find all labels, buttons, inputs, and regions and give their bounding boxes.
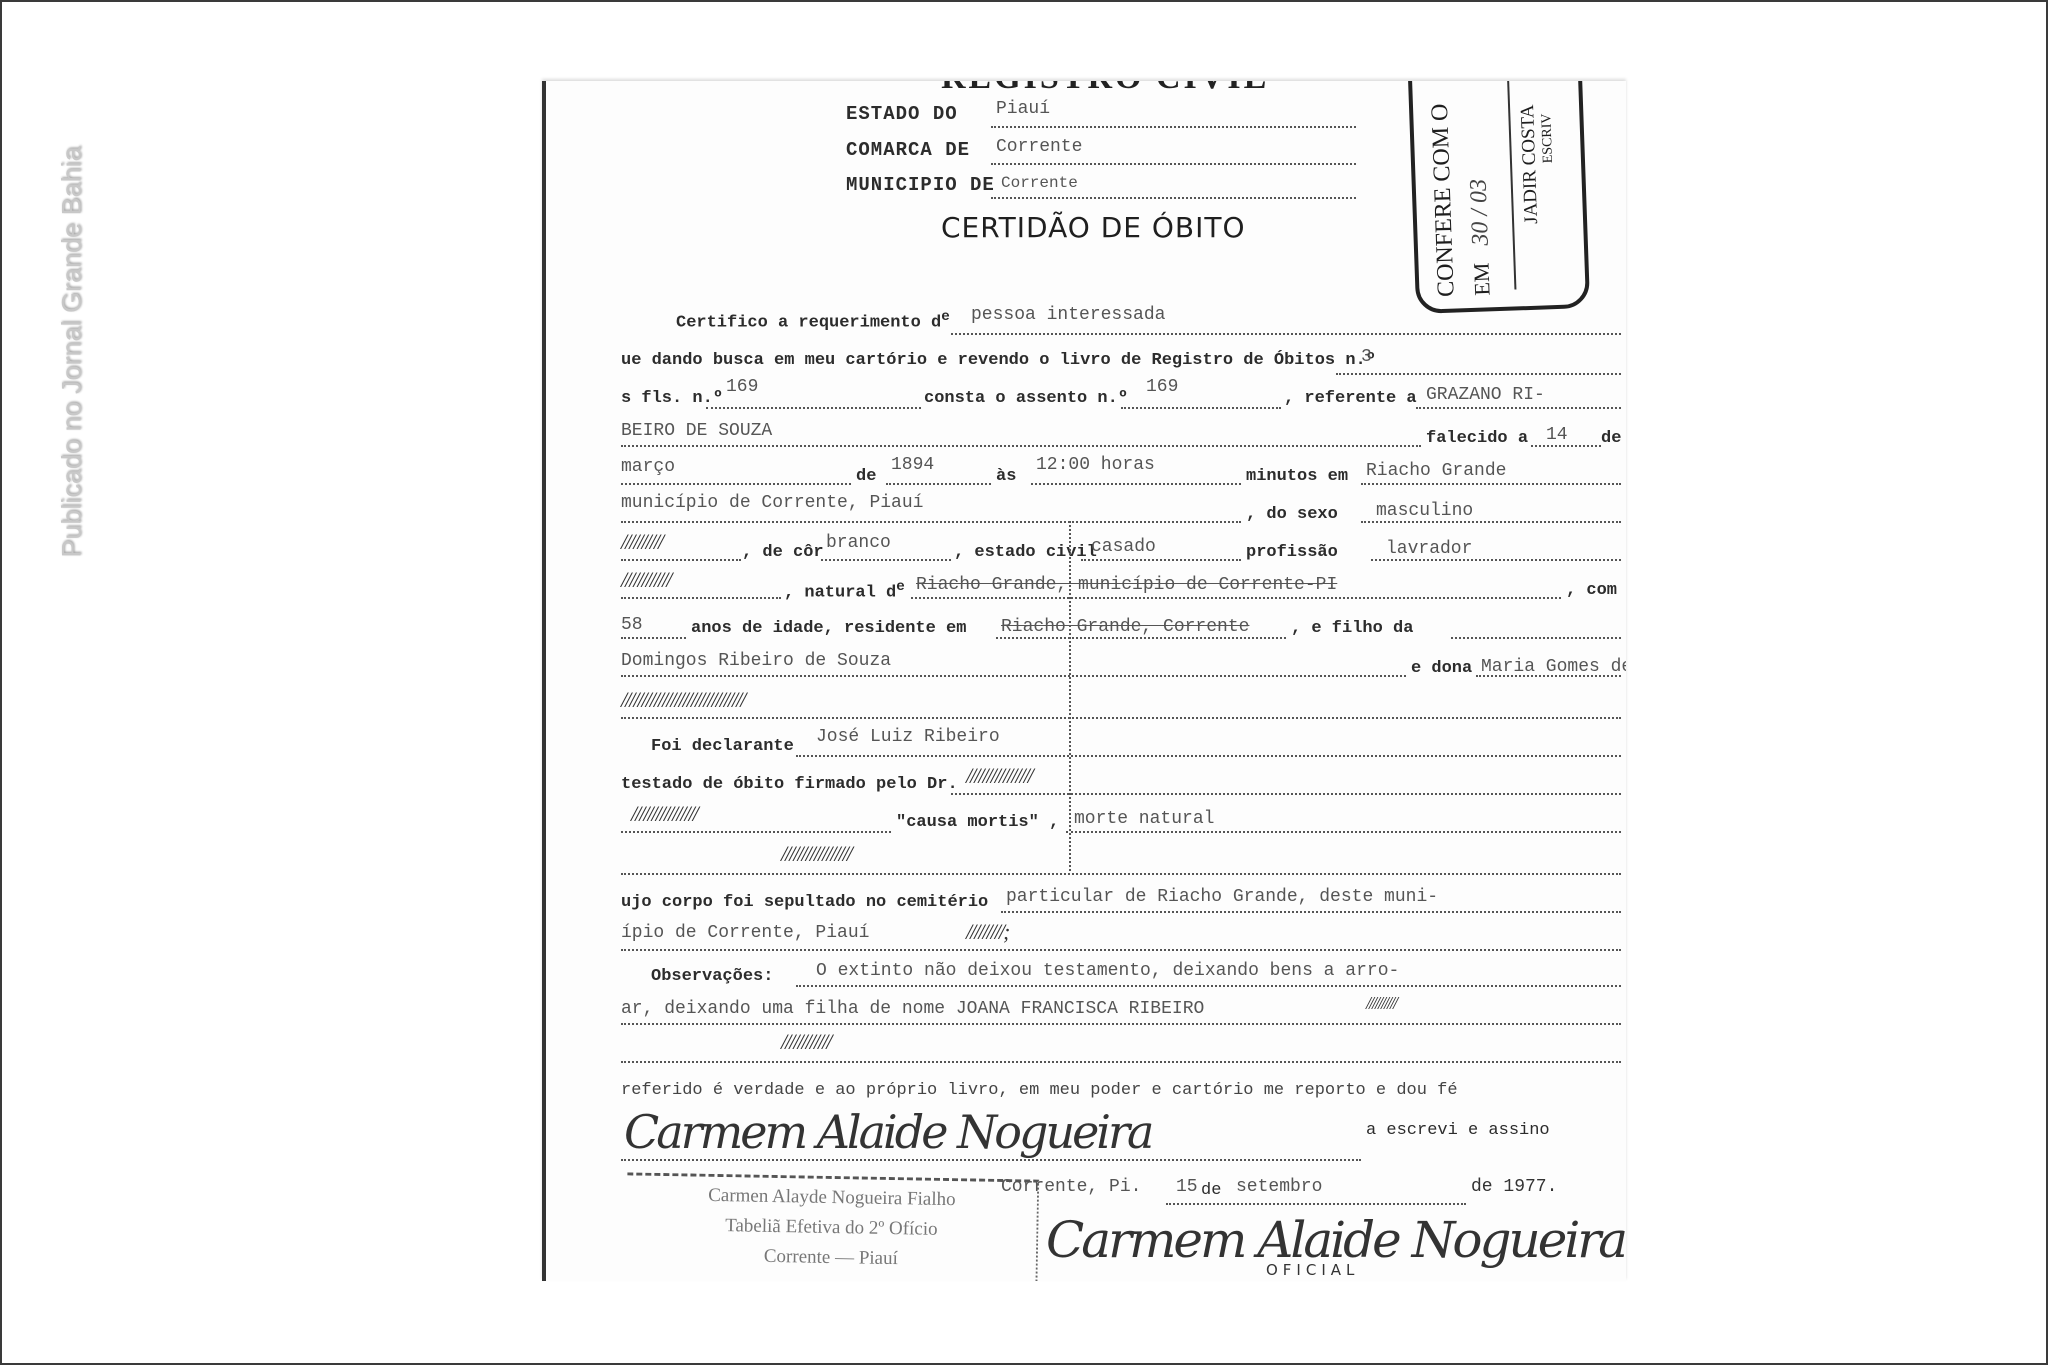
profissao-label: profissão [1246, 543, 1338, 562]
observacoes-line-2 [621, 1023, 1621, 1025]
livro-value: 3 [1361, 347, 1372, 367]
hatch-line-3 [621, 717, 1621, 719]
oficial-label: OFICIAL [1266, 1261, 1359, 1279]
natural-line [911, 597, 1561, 599]
escrevi-label: a escrevi e assino [1366, 1121, 1550, 1140]
certificate-title: CERTIDÃO DE ÓBITO [941, 211, 1246, 244]
mes2-label: de [1201, 1181, 1221, 1200]
mae-line [1476, 675, 1621, 677]
cemiterio-value-2: ípio de Corrente, Piauí [621, 923, 869, 943]
requerimento-line [951, 333, 1621, 335]
civil-line [1081, 559, 1241, 561]
residente-line [996, 637, 1286, 639]
requerimento-value: pessoa interessada [971, 305, 1165, 325]
stamp-escriv-text: ESCRIV [1539, 113, 1557, 163]
comarca-line [991, 163, 1356, 165]
hatch-line-5 [621, 831, 891, 833]
referente-label: , referente a [1284, 389, 1417, 408]
profissao-value: lavrador [1386, 539, 1472, 559]
idade-label: anos de idade, residente em [691, 619, 966, 638]
observacoes-line-1 [796, 985, 1621, 987]
observacoes-value-2: ar, deixando uma filha de nome JOANA FRA… [621, 999, 1204, 1019]
pai-line [621, 675, 1406, 677]
local-line-2 [621, 521, 1241, 523]
declarante-value: José Luiz Ribeiro [816, 727, 1000, 747]
natural-value: Riacho Grande, município de Corrente-PI [916, 575, 1337, 595]
busca-text: ue dando busca em meu cartório e revendo… [621, 351, 1376, 370]
mes-line [621, 483, 851, 485]
observacoes-label: Observações: [651, 967, 773, 986]
requerimento-label: Certifico a requerimento de [676, 309, 950, 333]
stamp-location: Corrente — Piauí [626, 1243, 1036, 1272]
profissao-line [1371, 559, 1621, 561]
municipio-label: MUNICIPIO DE [846, 174, 995, 196]
estado-value: Piauí [996, 99, 1050, 119]
local-data-label: Corrente, Pi. [1001, 1177, 1141, 1197]
nome-line-2 [621, 445, 1421, 447]
local-value-1: Riacho Grande [1366, 461, 1506, 481]
hatch-fill-2: //////////// [621, 567, 670, 593]
fls-line [706, 407, 921, 409]
stamp-name: Carmen Alayde Nogueira Fialho [627, 1183, 1037, 1212]
pai-value: Domingos Ribeiro de Souza [621, 651, 891, 671]
death-certificate-scan: REGISTRO CIVIL ESTADO DO Piauí COMARCA D… [542, 81, 1626, 1281]
de-label: de [1601, 429, 1621, 448]
sexo-label: , do sexo [1246, 505, 1338, 524]
hatch-fill-7: /////////; [966, 919, 1008, 945]
causa-label: "causa mortis" , [896, 813, 1059, 832]
hora-value: 12:00 horas [1036, 455, 1155, 475]
fold-line [1069, 521, 1071, 871]
municipio-value: Corrente [1001, 174, 1078, 192]
hatch-fill-1: ////////// [621, 529, 662, 555]
municipio-line [991, 197, 1356, 199]
declarante-label: Foi declarante [651, 737, 794, 756]
natural-label: , natural de [784, 579, 905, 603]
hora-line [1031, 483, 1241, 485]
stamp-date-value: 30 / 03 [1466, 179, 1495, 247]
comarca-value: Corrente [996, 137, 1082, 157]
residente-value: Riacho Grande, Corrente [1001, 617, 1249, 637]
hatch-line-6 [621, 873, 1621, 875]
assento-value: 169 [1146, 377, 1178, 397]
stamp-em-label: EM [1468, 262, 1495, 296]
stamp-confere-text: CONFERE COM O [1427, 103, 1461, 297]
filho-label: , e filho da [1291, 619, 1413, 638]
cemiterio-value-1: particular de Riacho Grande, deste muni- [1006, 887, 1438, 907]
assento-line [1121, 407, 1281, 409]
idade-value: 58 [621, 615, 643, 635]
as-label: às [996, 467, 1016, 486]
idade-line [621, 637, 686, 639]
causa-line [1066, 831, 1621, 833]
comarca-label: COMARCA DE [846, 139, 970, 161]
cor-line [821, 559, 951, 561]
watermark: Publicado no Jornal Grande Bahia [52, 112, 92, 592]
ano-line [886, 483, 991, 485]
estado-line [991, 126, 1356, 128]
tabelia-stamp: Carmen Alayde Nogueira Fialho Tabeliã Ef… [625, 1172, 1039, 1281]
mes-value: março [621, 457, 675, 477]
cemiterio-line-2 [621, 949, 1621, 951]
falecido-label: falecido a [1426, 429, 1528, 448]
cemiterio-line-1 [1001, 911, 1621, 913]
mae-value: Maria Gomes de Souza [1481, 657, 1626, 677]
civil-value: casado [1091, 537, 1156, 557]
civil-label: , estado civil [954, 543, 1097, 562]
stamp-divider [1507, 81, 1517, 290]
mes2-value: setembro [1236, 1177, 1322, 1197]
assento-label: consta o assento n.º [924, 389, 1128, 408]
fls-value: 169 [726, 377, 758, 397]
signature-line-1 [621, 1159, 1361, 1161]
estado-label: ESTADO DO [846, 103, 958, 125]
dia-value: 15 [1176, 1177, 1198, 1197]
confere-stamp: CONFERE COM O EM 30 / 03 JADIR COSTA ESC… [1408, 81, 1590, 314]
observacoes-value-1: O extinto não deixou testamento, deixand… [816, 961, 1399, 981]
causa-value: morte natural [1074, 809, 1214, 829]
watermark-text: Publicado no Jornal Grande Bahia [57, 146, 88, 557]
hatch-fill-9: //////////// [781, 1029, 830, 1055]
observacoes-line-3 [621, 1061, 1621, 1063]
local-line-1 [1361, 483, 1621, 485]
hatch-line-2 [621, 597, 781, 599]
hatch-fill-3: ////////////////////////////// [621, 687, 744, 713]
falecido-day-line [1531, 445, 1601, 447]
declarante-line [796, 755, 1621, 757]
hatch-line-1 [621, 559, 741, 561]
dona-label: e dona [1411, 659, 1472, 678]
data-line [1166, 1203, 1466, 1205]
cor-label: , de côr [742, 543, 824, 562]
filho-line [1451, 637, 1621, 639]
hatch-fill-8: ////////// [1366, 993, 1396, 1014]
header-registro-civil: REGISTRO CIVIL [941, 81, 1269, 97]
fe-statement: referido é verdade e ao próprio livro, e… [621, 1081, 1458, 1100]
hatch-fill-4: //////////////// [966, 763, 1032, 789]
fls-label: s fls. n.º [621, 389, 723, 408]
nome-value-2: BEIRO DE SOUZA [621, 421, 772, 441]
de2-label: de [856, 467, 876, 486]
livro-line [1336, 373, 1621, 375]
hatch-fill-5: //////////////// [631, 801, 697, 827]
stamp-role: Tabeliã Efetiva do 2º Ofício [626, 1213, 1036, 1242]
atestado-line [951, 793, 1621, 795]
sexo-value: masculino [1376, 501, 1473, 521]
local-value-2: município de Corrente, Piauí [621, 493, 923, 513]
com-label: , com [1566, 581, 1617, 600]
falecido-day-value: 14 [1546, 425, 1568, 445]
ano2-label: de 1977. [1471, 1177, 1557, 1197]
minutos-label: minutos em [1246, 467, 1348, 486]
sepultado-label: ujo corpo foi sepultado no cemitério [621, 893, 988, 912]
hatch-fill-6: ///////////////// [781, 841, 851, 867]
ano-value: 1894 [891, 455, 934, 475]
cor-value: branco [826, 533, 891, 553]
nome-value-1: GRAZANO RI- [1426, 385, 1545, 405]
atestado-label: testado de óbito firmado pelo Dr. [621, 775, 958, 794]
nome-line-1 [1416, 407, 1621, 409]
signature-escrevente: Carmem Alaide Nogueira [624, 1105, 1151, 1159]
sexo-line [1361, 521, 1621, 523]
